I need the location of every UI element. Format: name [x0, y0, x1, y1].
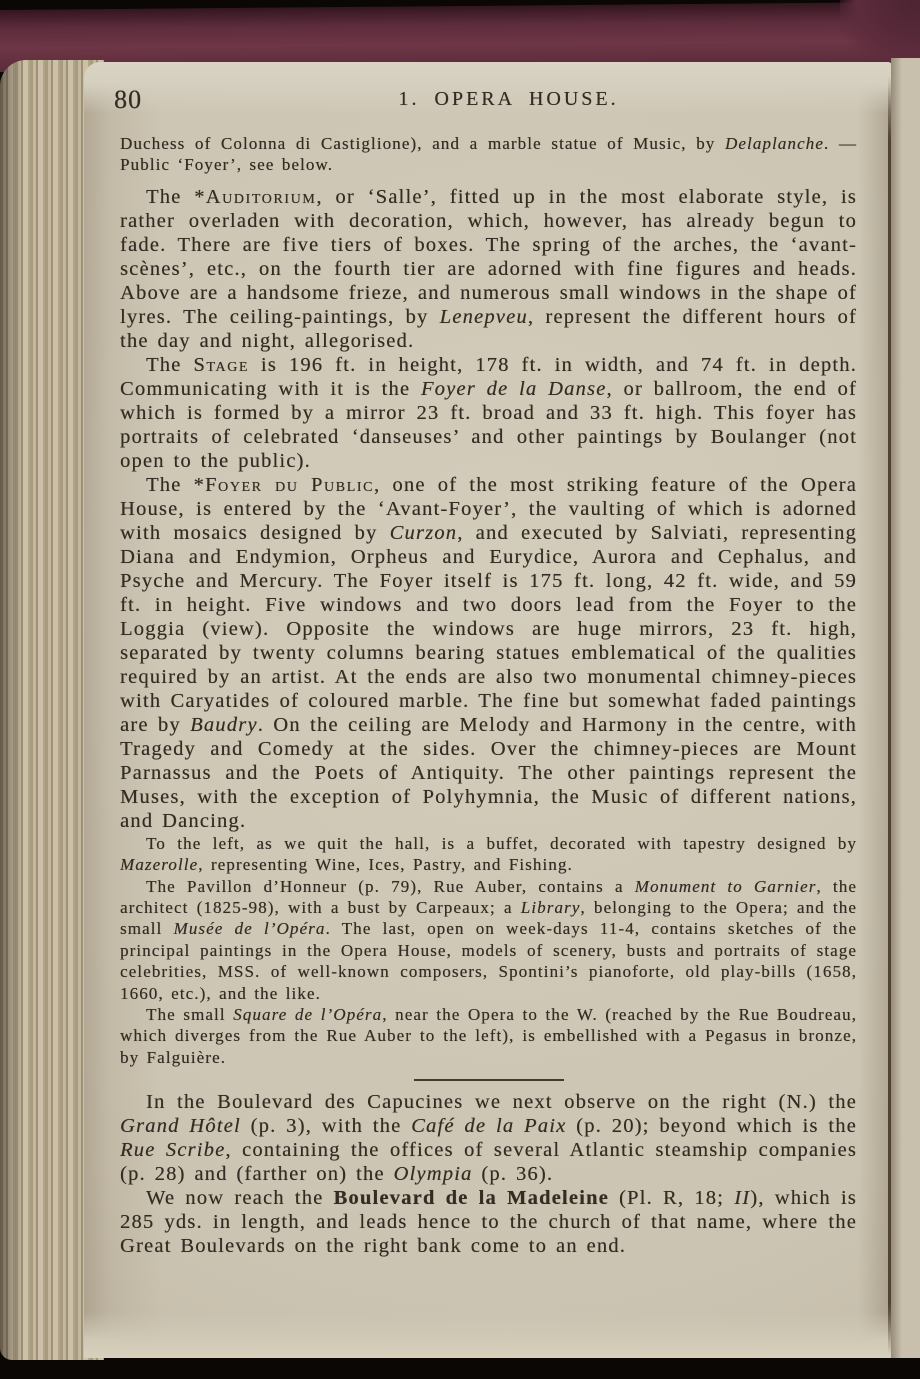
- italic-text: Café de la Paix: [411, 1115, 566, 1137]
- text-run: (p. 20); beyond which is the: [566, 1115, 857, 1137]
- italic-text: Mazerolle: [120, 855, 198, 874]
- page-number: 80: [114, 85, 142, 115]
- italic-text: Rue Scribe: [120, 1139, 225, 1161]
- page-text-block: 80 1. OPERA HOUSE. Duchess of Colonna di…: [120, 84, 857, 1258]
- italic-text: Foyer de la Danse: [421, 378, 607, 400]
- text-run: The small: [146, 1005, 233, 1024]
- running-header: 1. OPERA HOUSE.: [120, 84, 857, 111]
- text-run: (p. 36).: [473, 1163, 554, 1185]
- paragraph: The *Auditorium, or ‘Salle’, fitted up i…: [120, 185, 857, 353]
- italic-text: Grand Hôtel: [120, 1115, 241, 1137]
- italic-text: Olympia: [394, 1163, 473, 1185]
- next-page-sliver: [891, 58, 920, 1358]
- paragraph: To the left, as we quit the hall, is a b…: [120, 833, 857, 876]
- text-run: (Pl. R, 18;: [609, 1187, 734, 1209]
- text-run: The Pavillon d’Honneur (p. 79), Rue Aube…: [146, 877, 635, 896]
- italic-text: II: [734, 1187, 750, 1209]
- small-caps-text: Foyer du Public: [205, 474, 374, 496]
- italic-text: Library: [521, 898, 581, 917]
- paragraph: The *Foyer du Public, one of the most st…: [120, 473, 857, 833]
- italic-text: Lenepveu: [440, 306, 528, 328]
- paragraph: Duchess of Colonna di Castiglione), and …: [120, 133, 857, 176]
- text-run: , and executed by Salviati, representing…: [120, 522, 857, 736]
- italic-text: Monument to Garnier: [635, 877, 817, 896]
- paragraph: We now reach the Boulevard de la Madelei…: [120, 1186, 857, 1258]
- page-header-row: 80 1. OPERA HOUSE.: [120, 84, 857, 120]
- text-run: Duchess of Colonna di Castiglione), and …: [120, 134, 725, 153]
- section-divider: [414, 1079, 564, 1081]
- text-run: The *: [146, 474, 205, 496]
- text-run: We now reach the: [146, 1187, 334, 1209]
- text-run: , representing Wine, Ices, Pastry, and F…: [198, 855, 573, 874]
- text-run: (p. 3), with the: [241, 1115, 411, 1137]
- paragraph: In the Boulevard des Capucines we next o…: [120, 1090, 857, 1186]
- text-run: The: [146, 354, 193, 376]
- italic-text: Delaplanche: [725, 134, 824, 153]
- small-caps-text: Stage: [193, 354, 249, 376]
- italic-text: Baudry: [190, 714, 258, 736]
- bold-text: Boulevard de la Madeleine: [334, 1187, 609, 1209]
- text-run: The *: [146, 186, 206, 208]
- paragraph: The small Square de l’Opéra, near the Op…: [120, 1004, 857, 1068]
- text-run: In the Boulevard des Capucines we next o…: [146, 1091, 857, 1113]
- page-body: Duchess of Colonna di Castiglione), and …: [120, 133, 857, 1258]
- text-run: To the left, as we quit the hall, is a b…: [146, 834, 857, 853]
- italic-text: Square de l’Opéra: [233, 1005, 382, 1024]
- scanned-book-photo: { "document": { "page_number": "80", "ru…: [0, 0, 920, 1379]
- small-caps-text: Auditorium: [206, 186, 317, 208]
- italic-text: Musée de l’Opéra: [174, 919, 326, 938]
- paragraph: The Stage is 196 ft. in height, 178 ft. …: [120, 353, 857, 473]
- italic-text: Curzon: [390, 522, 458, 544]
- paragraph: The Pavillon d’Honneur (p. 79), Rue Aube…: [120, 876, 857, 1004]
